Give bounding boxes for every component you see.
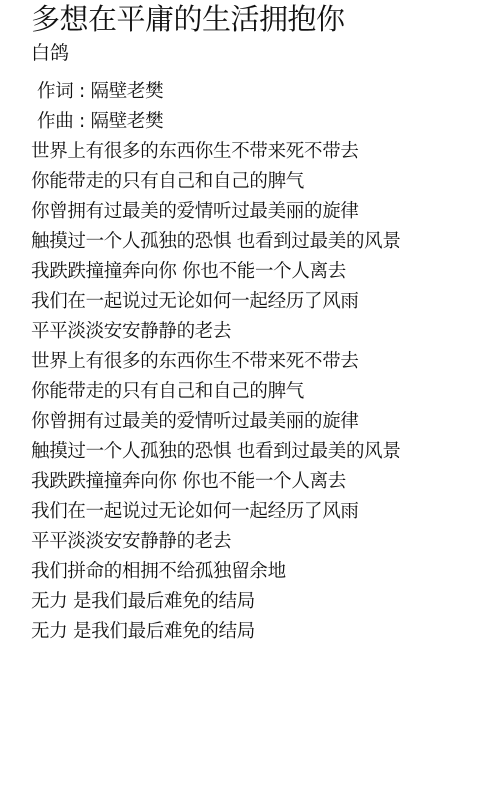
lyric-line: 平平淡淡安安静静的老去	[31, 317, 500, 347]
song-title: 多想在平庸的生活拥抱你	[31, 0, 500, 38]
lyrics-list: 世界上有很多的东西你生不带来死不带去 你能带走的只有自己和自己的脾气 你曾拥有过…	[31, 137, 500, 647]
credits: 作词 : 隔壁老樊 作曲 : 隔壁老樊	[31, 77, 500, 137]
lyric-line: 平平淡淡安安静静的老去	[31, 527, 500, 557]
lyric-line: 我跌跌撞撞奔向你 你也不能一个人离去	[31, 467, 500, 497]
lyric-line: 世界上有很多的东西你生不带来死不带去	[31, 137, 500, 167]
lyric-line: 你曾拥有过最美的爱情听过最美丽的旋律	[31, 197, 500, 227]
lyric-line: 我跌跌撞撞奔向你 你也不能一个人离去	[31, 257, 500, 287]
lyricist-credit: 作词 : 隔壁老樊	[31, 77, 500, 107]
composer-credit: 作曲 : 隔壁老樊	[31, 107, 500, 137]
lyric-line: 你能带走的只有自己和自己的脾气	[31, 377, 500, 407]
lyrics-page: 多想在平庸的生活拥抱你 白鸽 作词 : 隔壁老樊 作曲 : 隔壁老樊 世界上有很…	[31, 0, 500, 647]
song-artist: 白鸽	[31, 38, 500, 68]
lyric-line: 触摸过一个人孤独的恐惧 也看到过最美的风景	[31, 437, 500, 467]
lyric-line: 无力 是我们最后难免的结局	[31, 587, 500, 617]
lyric-line: 我们在一起说过无论如何一起经历了风雨	[31, 497, 500, 527]
lyric-line: 我们在一起说过无论如何一起经历了风雨	[31, 287, 500, 317]
lyric-line: 你能带走的只有自己和自己的脾气	[31, 167, 500, 197]
lyric-line: 你曾拥有过最美的爱情听过最美丽的旋律	[31, 407, 500, 437]
lyric-line: 我们拼命的相拥不给孤独留余地	[31, 557, 500, 587]
lyric-line: 世界上有很多的东西你生不带来死不带去	[31, 347, 500, 377]
lyric-line: 无力 是我们最后难免的结局	[31, 617, 500, 647]
lyric-line: 触摸过一个人孤独的恐惧 也看到过最美的风景	[31, 227, 500, 257]
